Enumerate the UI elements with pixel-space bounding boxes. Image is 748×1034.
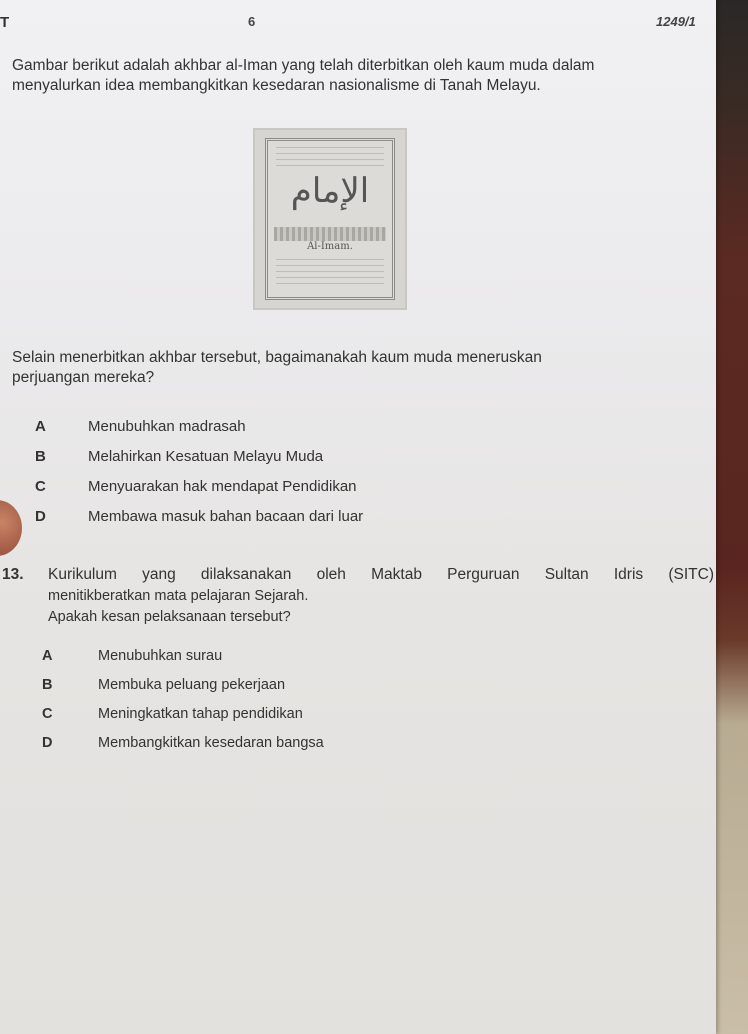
header-left-mark: T: [0, 14, 9, 31]
question-13-line1: Kurikulum yang dilaksanakan oleh Maktab …: [48, 566, 714, 584]
option-letter: B: [42, 677, 62, 693]
page-number: 6: [248, 14, 255, 29]
question-13-number: 13.: [2, 566, 24, 584]
newspaper-header-lines: [276, 147, 384, 167]
newspaper-image: الإمام Al-Imam.: [253, 128, 407, 310]
fingertip: [0, 500, 22, 556]
option-letter: B: [35, 448, 55, 465]
intro-stem-line1: Gambar berikut adalah akhbar al-Iman yan…: [12, 56, 702, 76]
option-text: Menubuhkan madrasah: [88, 418, 246, 435]
option-text: Meningkatkan tahap pendidikan: [98, 706, 303, 722]
option-text: Membangkitkan kesedaran bangsa: [98, 735, 324, 751]
newspaper-arabic-title: الإمام: [268, 171, 392, 211]
paper-code: 1249/1: [656, 14, 696, 29]
option-text: Membawa masuk bahan bacaan dari luar: [88, 508, 363, 525]
intro-stem: Gambar berikut adalah akhbar al-Iman yan…: [12, 56, 702, 96]
option-text: Menyuarakan hak mendapat Pendidikan: [88, 478, 357, 495]
question-13-line3: Apakah kesan pelaksanaan tersebut?: [48, 609, 291, 625]
intro-stem-line2: menyalurkan idea membangkitkan kesedaran…: [12, 76, 702, 96]
option-letter: D: [35, 508, 55, 525]
question-12-line1: Selain menerbitkan akhbar tersebut, baga…: [12, 348, 692, 368]
option-text: Melahirkan Kesatuan Melayu Muda: [88, 448, 323, 465]
newspaper-frame: الإمام Al-Imam.: [265, 138, 395, 300]
question-12-line2: perjuangan mereka?: [12, 368, 692, 388]
option-letter: A: [35, 418, 55, 435]
question-13-line2: menitikberatkan mata pelajaran Sejarah.: [48, 588, 308, 604]
option-text: Membuka peluang pekerjaan: [98, 677, 285, 693]
question-12-stem: Selain menerbitkan akhbar tersebut, baga…: [12, 348, 692, 388]
newspaper-decorative-band: [274, 227, 386, 241]
newspaper-latin-title: Al-Imam.: [268, 241, 392, 252]
exam-page: T 6 1249/1 Gambar berikut adalah akhbar …: [0, 0, 716, 1034]
option-text: Menubuhkan surau: [98, 648, 222, 664]
option-letter: A: [42, 648, 62, 664]
newspaper-body-lines: [276, 259, 384, 289]
option-letter: D: [42, 735, 62, 751]
option-letter: C: [42, 706, 62, 722]
option-letter: C: [35, 478, 55, 495]
